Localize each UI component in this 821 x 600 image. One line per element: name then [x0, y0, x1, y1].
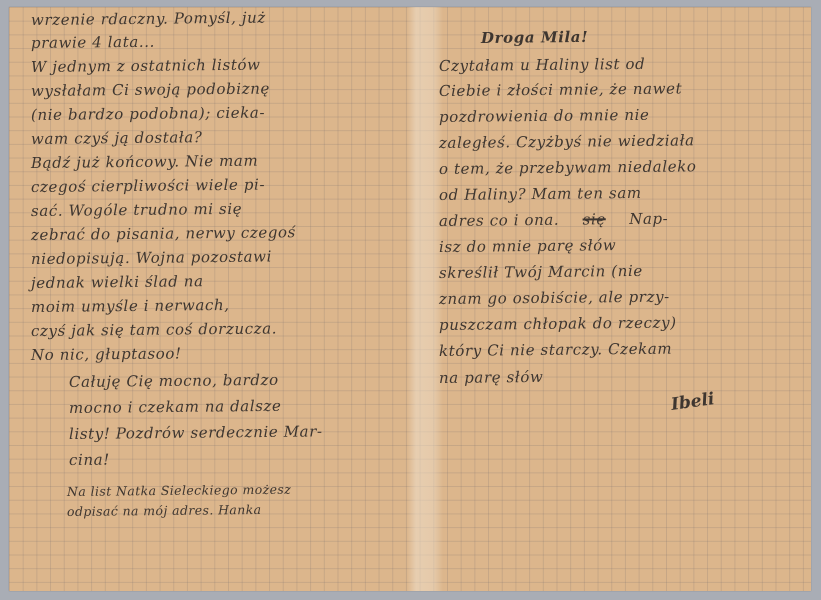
right-page: Droga Mila! Czytałam u Haliny list od Ci…	[439, 7, 804, 591]
signature: Ibeli	[670, 389, 716, 415]
text-line: skreślił Twój Marcin (nie	[439, 262, 643, 282]
text-line: niedopisują. Wojna pozostawi	[31, 247, 272, 268]
closing-line: listy! Pozdrów serdecznie Mar-	[69, 422, 323, 443]
text-line: na parę słów	[439, 368, 544, 387]
text-line: (nie bardzo podobna); cieka-	[31, 104, 265, 124]
text-line: W jednym z ostatnich listów	[31, 56, 261, 76]
closing-line: cina!	[69, 451, 110, 469]
struck-word: się	[583, 210, 606, 228]
text-line: adres co i ona. się Nap-	[439, 210, 668, 230]
text-line: od Haliny? Mam ten sam	[439, 184, 642, 204]
greeting: Droga Mila!	[481, 28, 588, 47]
text-line: moim umyśle i nerwach,	[31, 296, 230, 316]
text-line: czyś jak się tam coś dorzucza.	[31, 319, 277, 340]
text-line: prawie 4 lata...	[31, 33, 155, 52]
text-line: Bądź już końcowy. Nie mam	[31, 152, 258, 172]
text-line: jednak wielki ślad na	[31, 272, 204, 292]
text-line: zebrać do pisania, nerwy czegoś	[31, 223, 296, 244]
closing-line: Całuję Cię mocno, bardzo	[69, 371, 279, 391]
center-fold	[407, 7, 443, 591]
text-line: wysłałam Ci swoją podobiznę	[31, 79, 270, 100]
text-line: wam czyś ją dostała?	[31, 128, 203, 148]
letter-sheet: wrzenie rdaczny. Pomyśl, już prawie 4 la…	[9, 7, 811, 591]
text-line: czegoś cierpliwości wiele pi-	[31, 176, 265, 196]
text-line: puszczam chłopak do rzeczy)	[439, 314, 677, 334]
text-line: Ciebie i złości mnie, że nawet	[439, 79, 682, 100]
closing-line: mocno i czekam na dalsze	[69, 397, 282, 417]
text-line: wrzenie rdaczny. Pomyśl, już	[31, 9, 266, 29]
text-line: sać. Wogóle trudno mi się	[31, 200, 242, 220]
text-line: zaległeś. Czyżbyś nie wiedziała	[439, 131, 695, 152]
text-line: No nic, głuptasoo!	[31, 344, 182, 364]
text-line: Czytałam u Haliny list od	[439, 55, 645, 75]
text-segment: adres co i ona.	[439, 211, 559, 230]
text-line: który Ci nie starczy. Czekam	[439, 340, 672, 360]
text-line: isz do mnie parę słów	[439, 236, 616, 256]
text-line: znam go osobiście, ale przy-	[439, 288, 670, 308]
text-segment: Nap-	[629, 210, 668, 228]
postscript-line: odpisać na mój adres. Hanka	[67, 502, 262, 519]
text-line: o tem, że przebywam niedaleko	[439, 157, 697, 178]
postscript-line: Na list Natka Sieleckiego możesz	[67, 482, 291, 499]
text-line: pozdrowienia do mnie nie	[439, 106, 650, 126]
left-page: wrzenie rdaczny. Pomyśl, już prawie 4 la…	[31, 7, 401, 591]
